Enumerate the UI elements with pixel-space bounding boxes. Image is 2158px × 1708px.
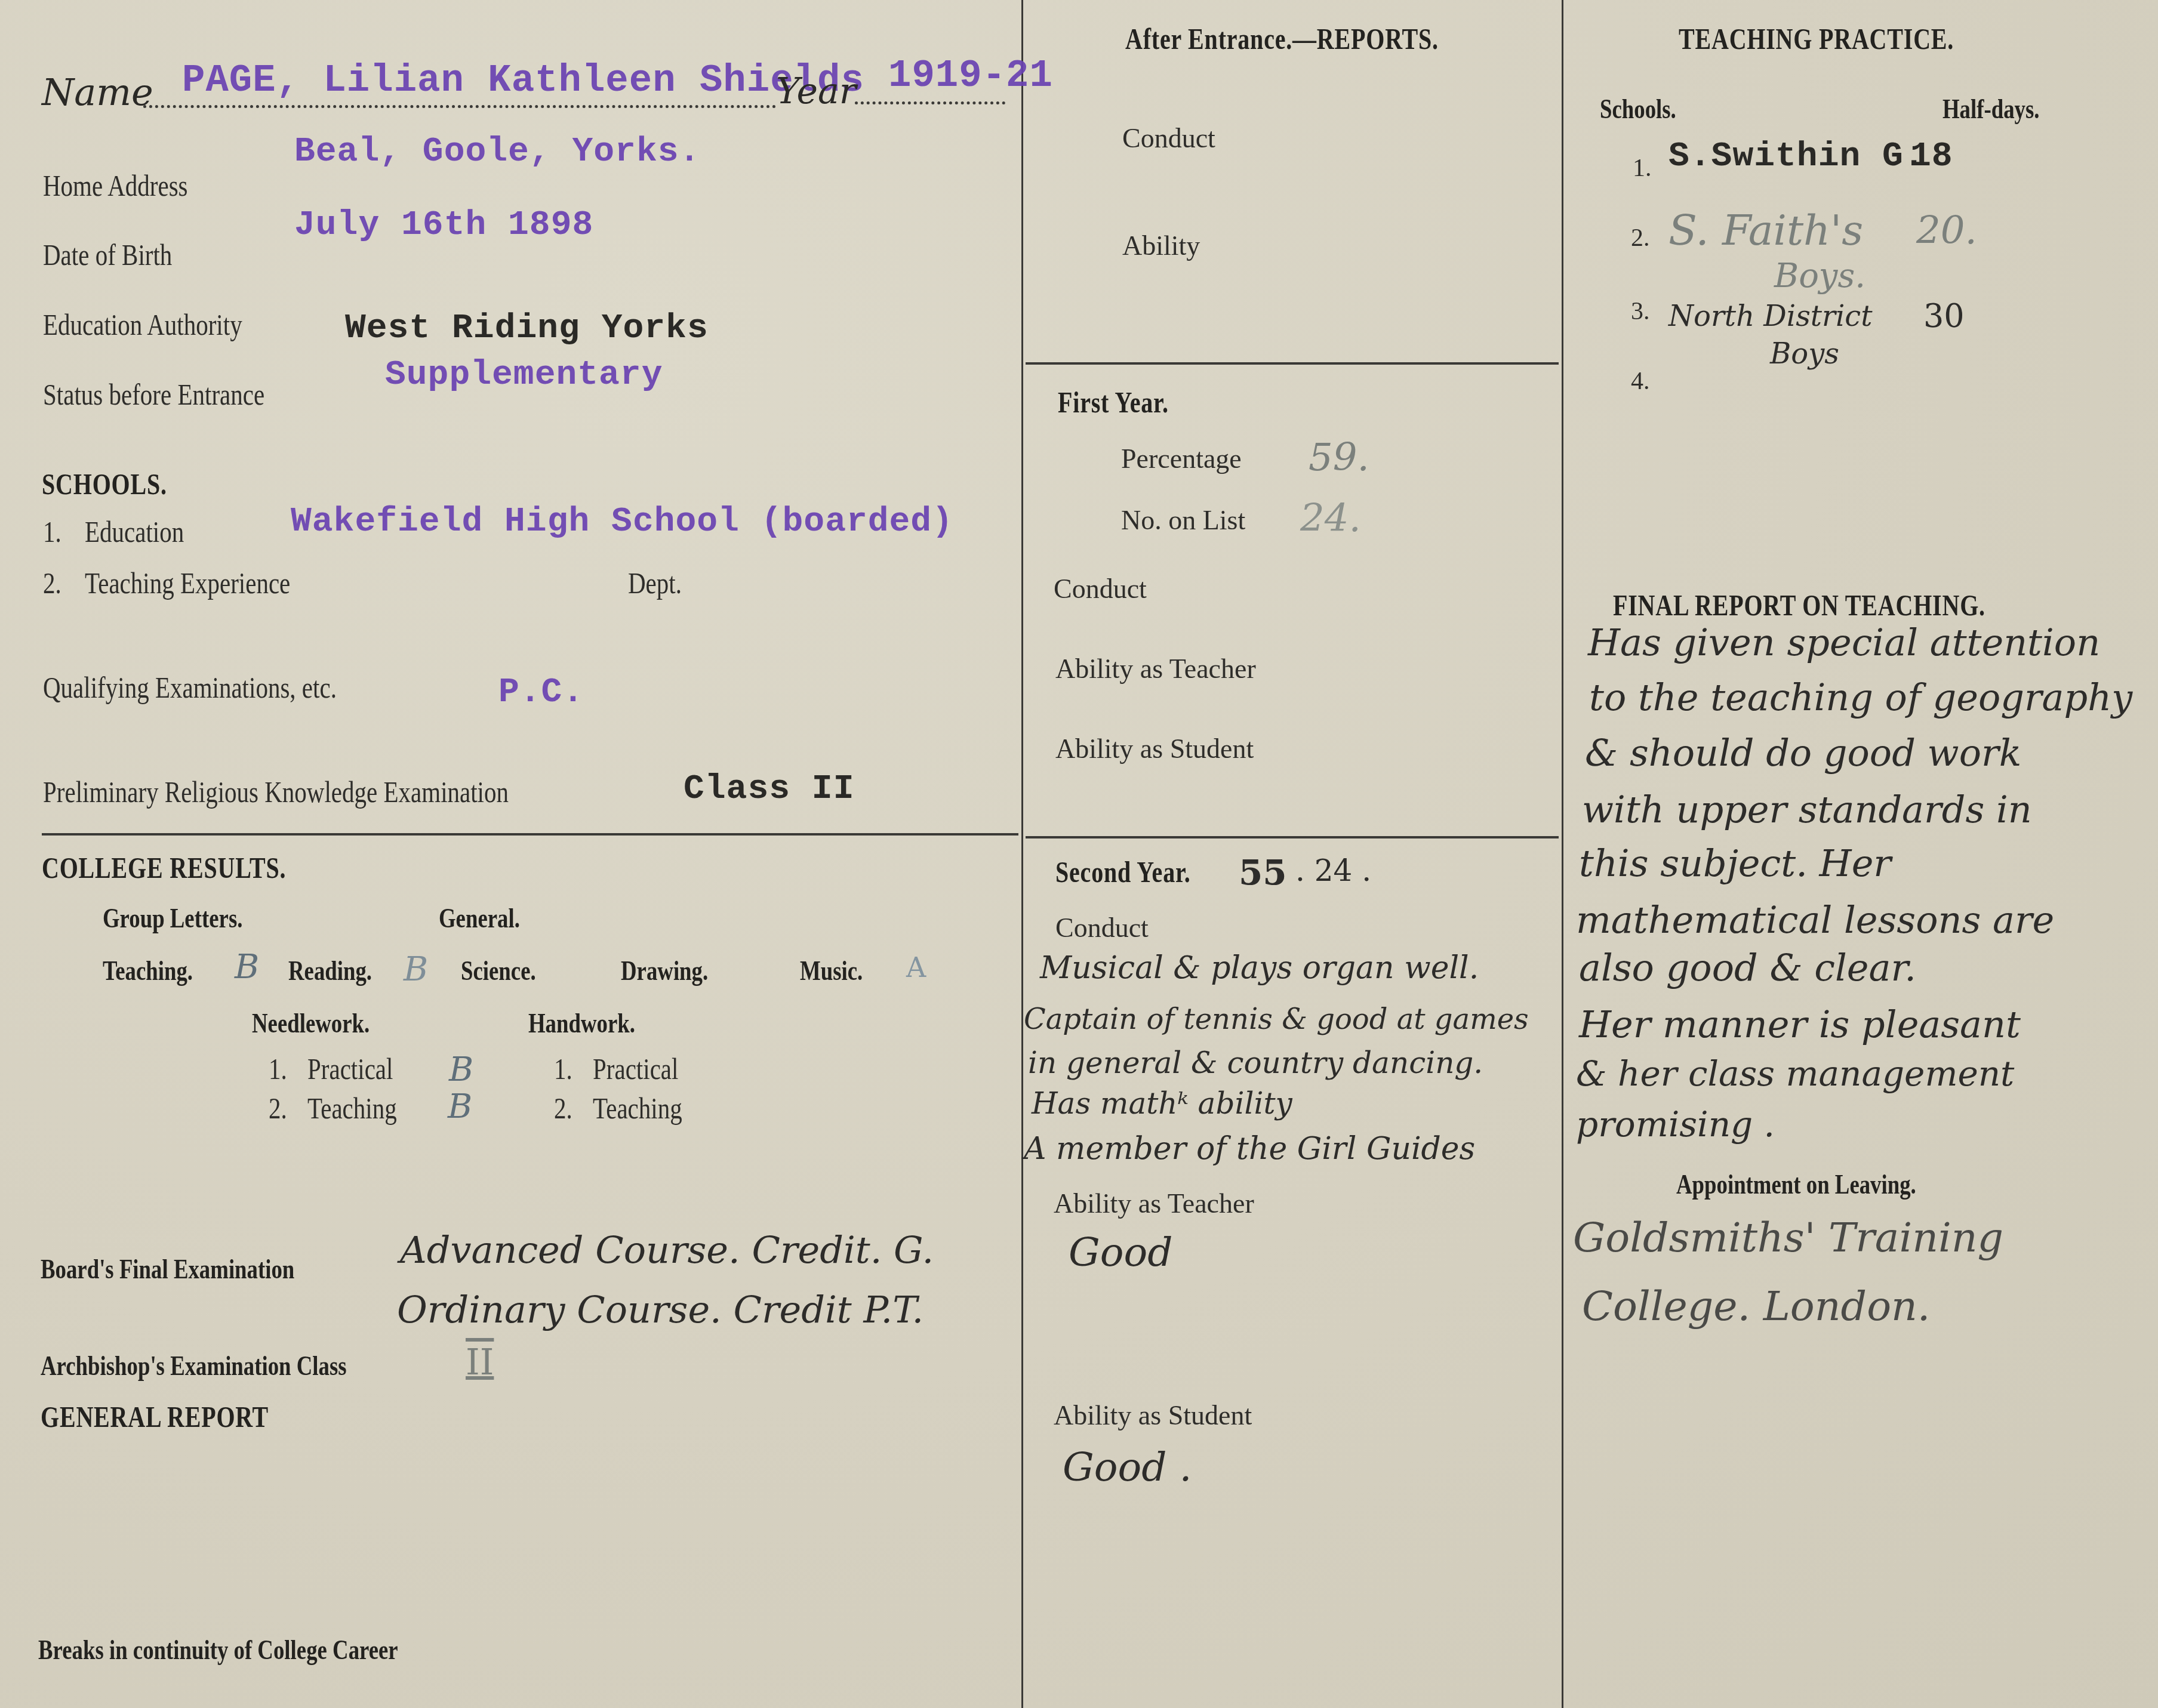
subject-science-label: Science. — [461, 955, 536, 986]
handwork-practical-label: Practical — [593, 1052, 678, 1086]
final-report-line: promising . — [1576, 1104, 1775, 1145]
section-rule-middle-bottom — [1026, 836, 1559, 838]
education-label: Education — [85, 514, 184, 549]
first-year-ability-teacher-label: Ability as Teacher — [1055, 653, 1256, 685]
year-label: Year — [776, 70, 856, 112]
boards-final-line-2: Ordinary Course. Credit P.T. — [397, 1288, 923, 1331]
second-year-heading: Second Year. — [1055, 855, 1191, 889]
general-label: General. — [439, 902, 520, 934]
schools-heading: SCHOOLS. — [42, 467, 167, 501]
general-report-label: GENERAL REPORT — [41, 1399, 269, 1434]
final-report-line: also good & clear. — [1579, 946, 1916, 989]
conduct-note-line: in general & country dancing. — [1028, 1046, 1483, 1080]
final-report-line: Has given special attention — [1588, 621, 2100, 664]
dob-label: Date of Birth — [43, 238, 172, 272]
schools-column-header: Schools. — [1600, 93, 1676, 125]
prelim-rk-value: Class II — [684, 770, 854, 809]
breaks-label: Breaks in continuity of College Career — [38, 1634, 398, 1666]
row-halfdays: 18 — [1910, 137, 1953, 176]
first-year-heading: First Year. — [1058, 385, 1169, 420]
home-address-label: Home Address — [43, 168, 188, 203]
first-year-percentage-value: 59. — [1309, 436, 1369, 480]
conduct-note-line: Has mathᵏ ability — [1032, 1086, 1292, 1121]
row-school: North District — [1668, 300, 1873, 333]
conduct-note-line: Musical & plays organ well. — [1040, 950, 1479, 986]
second-year-ability-teacher-label: Ability as Teacher — [1054, 1188, 1254, 1219]
first-year-ability-student-label: Ability as Student — [1055, 733, 1254, 764]
archbishop-value: II — [466, 1342, 494, 1383]
archbishop-label: Archbishop's Examination Class — [41, 1350, 347, 1382]
final-report-line: Her manner is pleasant — [1579, 1003, 2021, 1046]
row-num: 3. — [1631, 297, 1650, 326]
second-year-ability-teacher-value: Good — [1069, 1229, 1172, 1275]
needlework-practical-grade: B — [449, 1050, 473, 1089]
second-year-ability-student-value: Good . — [1063, 1444, 1192, 1490]
name-dotted-line — [143, 105, 776, 108]
dept-label: Dept. — [628, 566, 682, 600]
row-school: S.Swithin G. — [1668, 137, 1925, 176]
handwork-label: Handwork. — [528, 1007, 635, 1039]
boards-final-label: Board's Final Examination — [41, 1253, 294, 1285]
appointment-line-1: Goldsmiths' Training — [1573, 1214, 2003, 1262]
education-num: 1. — [43, 514, 61, 549]
first-year-no-on-list-label: No. on List — [1121, 504, 1245, 536]
first-year-conduct-label: Conduct — [1054, 573, 1147, 605]
needlework-teaching-label: Teaching — [307, 1091, 397, 1126]
final-report-line: to the teaching of geography — [1589, 676, 2132, 719]
handwork-teaching-label: Teaching — [593, 1091, 682, 1126]
teaching-practice-heading: TEACHING PRACTICE. — [1679, 21, 1954, 56]
handwork-teaching-num: 2. — [554, 1091, 572, 1126]
year-value: 1919-21 — [888, 55, 1053, 98]
section-rule-left — [42, 833, 1018, 835]
needlework-teaching-num: 2. — [269, 1091, 287, 1126]
final-report-line: with upper standards in — [1582, 788, 2032, 831]
home-address-value: Beal, Goole, Yorks. — [294, 132, 700, 171]
subject-drawing-label: Drawing. — [621, 955, 708, 986]
final-report-line: mathematical lessons are — [1576, 898, 2054, 942]
entrance-conduct-label: Conduct — [1122, 122, 1215, 154]
qualifying-label: Qualifying Examinations, etc. — [43, 670, 337, 705]
row-halfdays: 20. — [1916, 209, 1977, 253]
year-dotted-line — [855, 101, 1005, 104]
row-school-sub: Boys. — [1774, 257, 1865, 295]
appointment-label: Appointment on Leaving. — [1676, 1169, 1916, 1200]
subject-teaching-label: Teaching. — [103, 955, 193, 986]
entrance-ability-label: Ability — [1122, 230, 1200, 261]
subject-reading-grade: B — [404, 950, 428, 989]
boards-final-line-1: Advanced Course. Credit. G. — [400, 1228, 934, 1272]
row-num: 1. — [1633, 154, 1652, 183]
dob-value: July 16th 1898 — [294, 206, 593, 245]
final-report-heading: FINAL REPORT ON TEACHING. — [1613, 588, 1985, 622]
education-authority-value: West Riding Yorks — [345, 309, 709, 348]
status-value: Supplementary — [385, 356, 663, 394]
teaching-exp-num: 2. — [43, 566, 61, 600]
education-value: Wakefield High School (boarded) — [291, 502, 953, 541]
column-divider-right — [1562, 0, 1563, 1708]
second-year-no-on-list-value: . 24 . — [1295, 853, 1371, 888]
first-year-no-on-list-value: 24. — [1300, 497, 1361, 541]
handwork-practical-num: 1. — [554, 1052, 572, 1086]
first-year-percentage-label: Percentage — [1121, 443, 1242, 474]
conduct-note-line: Captain of tennis & good at games — [1024, 1003, 1529, 1036]
second-year-conduct-label: Conduct — [1055, 912, 1149, 944]
name-label: Name — [42, 70, 153, 114]
qualifying-value: P.C. — [498, 673, 584, 712]
subject-teaching-grade: B — [235, 948, 259, 986]
group-letters-label: Group Letters. — [103, 902, 242, 934]
subject-reading-label: Reading. — [288, 955, 372, 986]
row-school: S. Faith's — [1668, 206, 1863, 255]
teaching-exp-label: Teaching Experience — [85, 566, 290, 600]
education-authority-label: Education Authority — [43, 307, 242, 342]
reports-heading: After Entrance.—REPORTS. — [1125, 21, 1439, 56]
appointment-line-2: College. London. — [1582, 1283, 1930, 1330]
name-value: PAGE, Lilian Kathleen Shields — [182, 60, 864, 103]
row-school-sub: Boys — [1770, 337, 1839, 371]
college-results-heading: COLLEGE RESULTS. — [42, 850, 286, 885]
second-year-ability-student-label: Ability as Student — [1054, 1399, 1252, 1431]
column-divider-left — [1021, 0, 1023, 1708]
final-report-line: & should do good work — [1585, 731, 2021, 775]
row-num: 2. — [1631, 224, 1650, 252]
second-year-percentage-value: 55 — [1239, 852, 1287, 893]
conduct-note-line: A member of the Girl Guides — [1024, 1131, 1475, 1167]
final-report-line: & her class management — [1576, 1053, 2014, 1094]
prelim-rk-label: Preliminary Religious Knowledge Examinat… — [43, 775, 509, 809]
row-halfdays: 30 — [1923, 297, 1965, 335]
section-rule-middle-top — [1026, 362, 1559, 365]
needlework-practical-num: 1. — [269, 1052, 287, 1086]
subject-music-label: Music. — [800, 955, 863, 986]
needlework-label: Needlework. — [252, 1007, 370, 1039]
row-num: 4. — [1631, 367, 1650, 396]
halfdays-column-header: Half-days. — [1942, 93, 2040, 125]
needlework-practical-label: Practical — [307, 1052, 393, 1086]
needlework-teaching-grade: B — [448, 1087, 472, 1126]
status-label: Status before Entrance — [43, 377, 264, 412]
subject-music-grade: A — [906, 951, 926, 984]
final-report-line: this subject. Her — [1579, 841, 1891, 885]
